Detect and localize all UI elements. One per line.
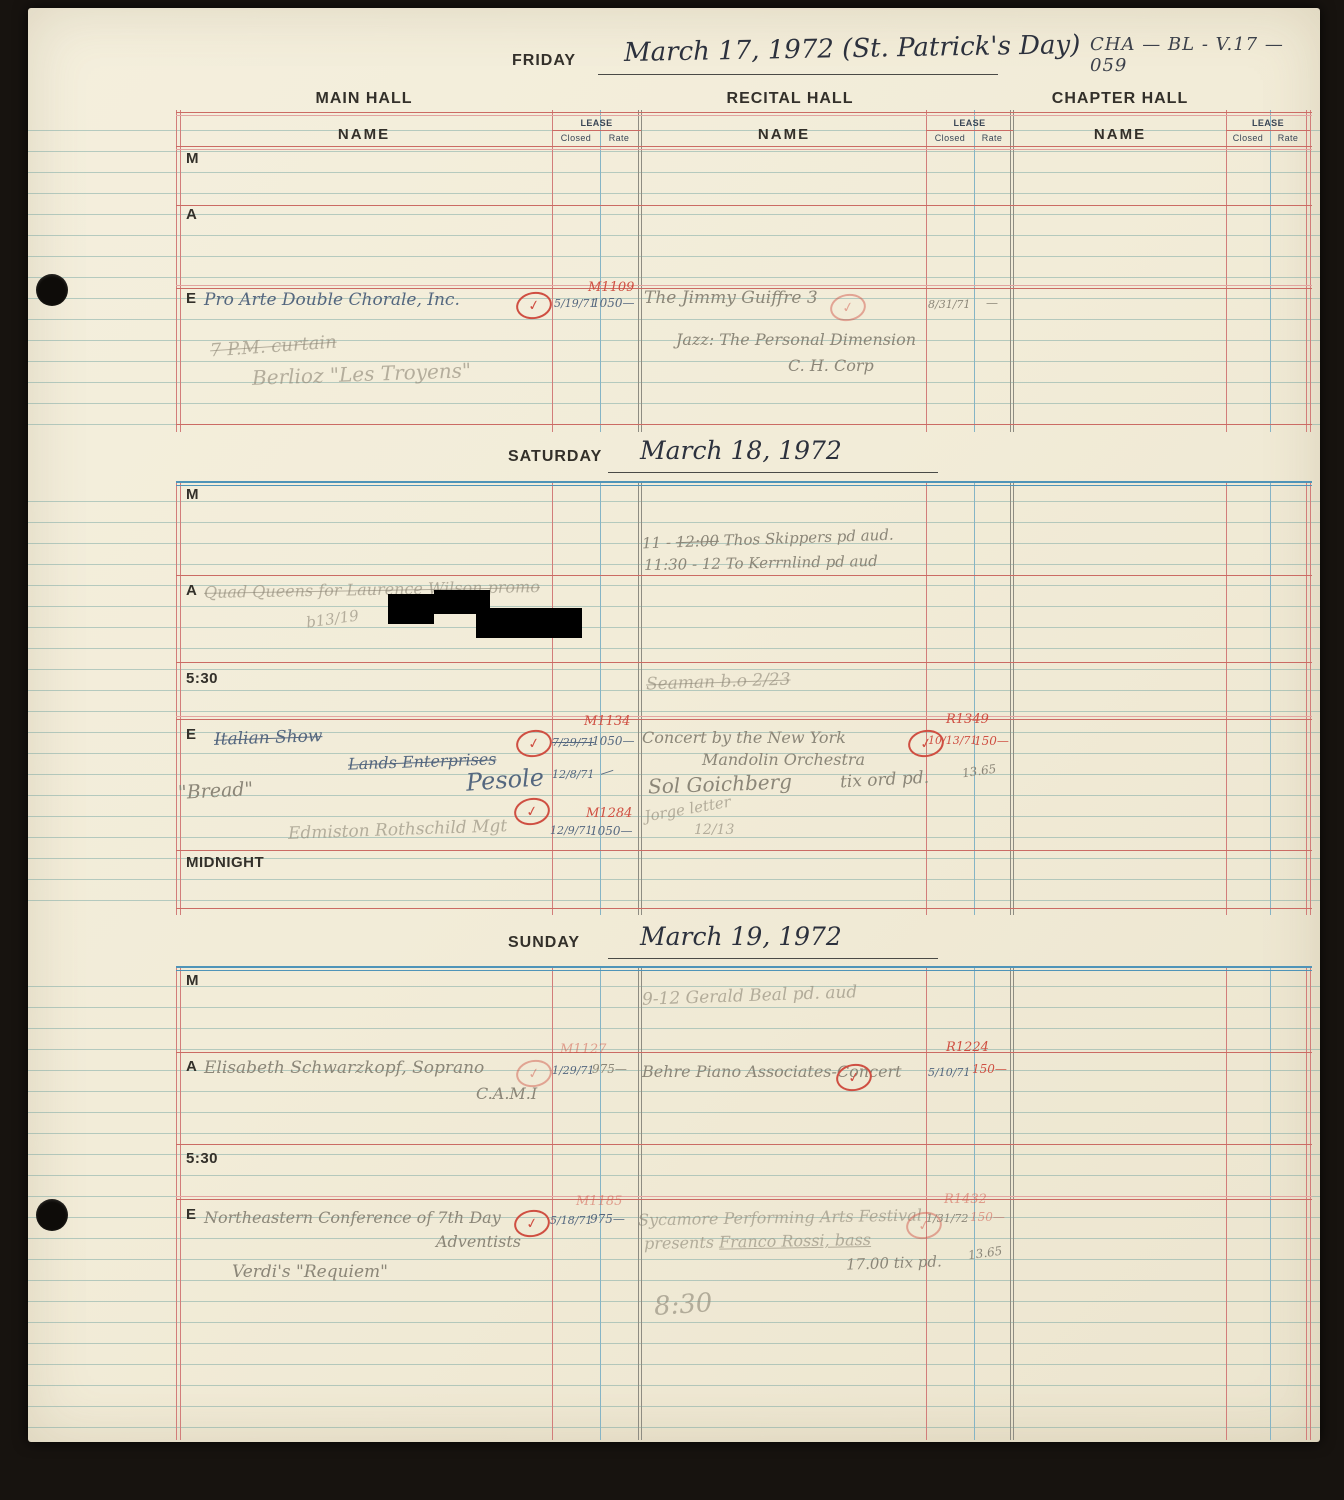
note-part: presents: [644, 1233, 719, 1253]
sunday-main-e-name2: Adventists: [436, 1232, 521, 1251]
rule: [176, 966, 1312, 968]
rule: [176, 850, 1312, 851]
friday-main-ledger-code: M1109: [588, 280, 634, 295]
rule: [176, 1052, 1312, 1053]
name-header-chapter: NAME: [970, 126, 1270, 143]
friday-main-evening-name: Pro Arte Double Chorale, Inc.: [204, 290, 460, 310]
sunday-main-a-name: Elisabeth Schwarzkopf, Soprano: [204, 1058, 484, 1078]
sunday-main-e-code: M1185: [576, 1194, 622, 1209]
sunday-recital-e-time-note: 8:30: [653, 1288, 713, 1322]
hole-punch: [36, 274, 68, 306]
rule: [176, 662, 1312, 663]
friday-recital-lease-rate: —: [986, 296, 998, 310]
saturday-row-midnight: MIDNIGHT: [186, 854, 264, 871]
closed-header-main: Closed: [552, 133, 600, 143]
friday-recital-evening-name: The Jimmy Guiffre 3: [644, 288, 818, 308]
friday-row-m: M: [186, 150, 199, 167]
saturday-row-530: 5:30: [186, 670, 218, 687]
friday-recital-lease-closed: 8/31/71: [928, 298, 970, 311]
rule: [552, 130, 641, 131]
saturday-main-code2: M1284: [586, 806, 632, 821]
rule: [176, 1199, 1312, 1200]
hall-title-main: MAIN HALL: [214, 90, 514, 108]
rule: [176, 285, 1312, 286]
rule: [176, 575, 1312, 576]
sunday-row-m: M: [186, 972, 199, 989]
friday-main-lease-closed: 5/19/71: [554, 297, 596, 310]
saturday-date-handwritten: March 18, 1972: [640, 436, 842, 465]
sunday-main-a-code: M1127: [560, 1042, 606, 1057]
saturday-main-closed2: 12/8/71: [552, 768, 594, 781]
rule: [176, 970, 1312, 971]
sunday-row-a: A: [186, 1058, 197, 1075]
sunday-main-e-closed: 5/18/71: [550, 1214, 592, 1227]
sunday-recital-a-rate: 150—: [972, 1062, 1007, 1076]
note-part-underlined: Franco Rossi, bass: [719, 1230, 871, 1252]
saturday-recital-letter-date: 12/13: [694, 822, 734, 838]
rate-header-chapter: Rate: [1270, 133, 1306, 143]
saturday-recital-rate: 150—: [974, 734, 1009, 748]
rule: [176, 481, 1312, 483]
day-label-sunday: SUNDAY: [508, 934, 580, 952]
saturday-recital-name-line2: Mandolin Orchestra: [702, 750, 865, 769]
saturday-recital-closed: 10/13/71: [928, 734, 977, 747]
rate-header-main: Rate: [600, 133, 638, 143]
saturday-main-name-italian-show: Italian Show: [214, 726, 323, 750]
friday-main-lease-rate: 1050—: [592, 296, 635, 310]
saturday-date-underline: [608, 472, 938, 473]
rule: [176, 115, 1312, 116]
hall-title-chapter: CHAPTER HALL: [970, 90, 1270, 108]
saturday-main-rate3: 1050—: [590, 824, 633, 838]
sunday-date-handwritten: March 19, 1972: [640, 922, 842, 951]
ledger-page: CHA — BL - V.17 — 059 FRIDAY March 17, 1…: [28, 8, 1320, 1442]
rule: [176, 716, 1312, 717]
saturday-main-name-pesole: Pesole: [465, 763, 545, 796]
sunday-recital-a-closed: 5/10/71: [928, 1066, 970, 1079]
rule: [176, 908, 1312, 909]
saturday-main-code1: M1134: [584, 714, 630, 729]
saturday-row-a: A: [186, 582, 197, 599]
sunday-recital-e-closed: 1/31/72: [926, 1212, 968, 1225]
rule: [176, 112, 1312, 113]
closed-header-chapter: Closed: [1226, 133, 1270, 143]
day-label-saturday: SATURDAY: [508, 448, 602, 466]
sunday-table: [28, 966, 1320, 1440]
rule: [176, 1196, 1312, 1197]
name-header-main: NAME: [214, 126, 514, 143]
page-code: CHA — BL - V.17 — 059: [1090, 34, 1320, 76]
saturday-main-closed1: 7/29/71: [552, 736, 594, 749]
sunday-row-e: E: [186, 1206, 197, 1223]
friday-row-e: E: [186, 290, 197, 307]
rule: [176, 1144, 1312, 1145]
friday-date-handwritten: March 17, 1972 (St. Patrick's Day): [624, 30, 1081, 68]
sunday-recital-e-code: R1432: [944, 1192, 987, 1207]
sunday-recital-e-tix-note: 17.00 tix pd.: [846, 1252, 942, 1273]
sunday-main-e-verdi-note: Verdi's "Requiem": [232, 1262, 388, 1282]
saturday-main-rate1: 1050—: [592, 734, 635, 748]
saturday-recital-name-line1: Concert by the New York: [642, 728, 846, 747]
sunday-recital-e-name2: presents Franco Rossi, bass: [644, 1230, 871, 1253]
saturday-row-e: E: [186, 726, 197, 743]
closed-header-recital: Closed: [926, 133, 974, 143]
day-label-friday: FRIDAY: [512, 52, 576, 70]
lease-header-main: LEASE: [552, 118, 641, 128]
lease-header-chapter: LEASE: [1226, 118, 1310, 128]
note-part: 11 -: [642, 533, 672, 552]
friday-date-underline: [598, 74, 998, 75]
saturday-main-note-bread: "Bread": [177, 778, 253, 804]
note-part-struck: 12:00: [675, 532, 719, 551]
sunday-recital-e-rate: 150—: [970, 1210, 1005, 1224]
name-header-recital: NAME: [634, 126, 934, 143]
hall-title-recital: RECITAL HALL: [640, 90, 940, 108]
redaction-box: [388, 594, 434, 624]
sunday-date-underline: [608, 958, 938, 959]
sunday-main-a-rate: 975—: [592, 1062, 627, 1076]
redaction-box: [476, 608, 582, 638]
sunday-main-a-closed: 1/29/71: [552, 1064, 594, 1077]
rule: [176, 149, 1312, 150]
sunday-main-e-name1: Northeastern Conference of 7th Day: [204, 1208, 501, 1227]
friday-recital-note-corp: C. H. Corp: [788, 356, 874, 375]
rule: [176, 205, 1312, 206]
friday-row-a: A: [186, 206, 197, 223]
friday-recital-note-jazz: Jazz: The Personal Dimension: [676, 330, 916, 349]
sunday-recital-a-code: R1224: [946, 1040, 989, 1055]
sunday-main-e-rate: 975—: [590, 1212, 625, 1226]
rule: [176, 424, 1312, 425]
friday-table: [28, 110, 1320, 432]
saturday-recital-code: R1349: [946, 712, 989, 727]
saturday-main-closed3: 12/9/71: [550, 824, 592, 837]
hole-punch: [36, 1199, 68, 1231]
sunday-row-530: 5:30: [186, 1150, 218, 1167]
saturday-row-m: M: [186, 486, 199, 503]
rule: [176, 485, 1312, 486]
rule: [176, 719, 1312, 720]
rule: [176, 146, 1312, 147]
